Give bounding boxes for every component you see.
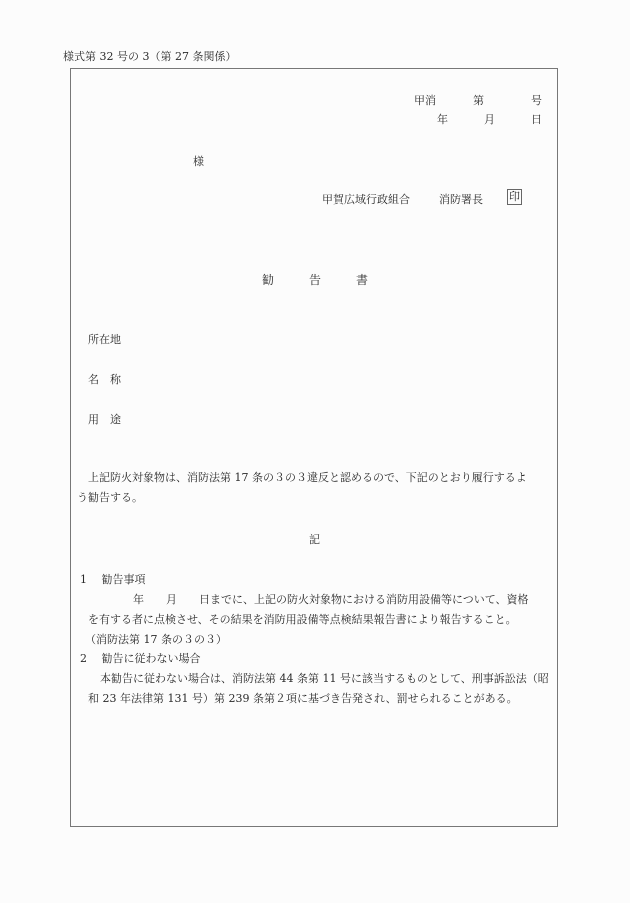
use-label: 用 途 xyxy=(88,411,121,427)
item-2-heading: 2 勧告に従わない場合 xyxy=(80,650,201,666)
item-1-line-1: 年 月 日までに、上記の防火対象物における消防用設備等について、資格 xyxy=(133,591,529,607)
title-char-1: 勧 xyxy=(262,271,274,288)
doc-number-dai: 第 xyxy=(473,92,484,108)
doc-number-go: 号 xyxy=(531,92,542,108)
date-day: 日 xyxy=(531,111,542,127)
item-1-line-2: を有する者に点検させ、その結果を消防用設備等点検結果報告書により報告すること。 xyxy=(88,611,517,627)
document-frame xyxy=(70,68,558,827)
location-label: 所在地 xyxy=(88,331,121,347)
date-year: 年 xyxy=(437,111,448,127)
title-char-3: 書 xyxy=(356,271,368,288)
name-label: 名 称 xyxy=(88,371,121,387)
form-number: 様式第 32 号の 3（第 27 条関係） xyxy=(63,48,236,64)
doc-number-prefix: 甲消 xyxy=(414,92,436,108)
item-1-heading: 1 勧告事項 xyxy=(80,571,146,587)
body-line-1: 上記防火対象物は、消防法第 17 条の３の３違反と認めるので、下記のとおり履行す… xyxy=(88,469,527,485)
issuer-organization: 甲賀広域行政組合 xyxy=(322,191,410,207)
item-1-line-3: （消防法第 17 条の３の３） xyxy=(85,631,227,647)
title-char-2: 告 xyxy=(309,271,321,288)
seal-mark: 印 xyxy=(507,189,522,205)
seal-text: 印 xyxy=(507,189,522,205)
item-2-line-2: 和 23 年法律第 131 号）第 239 条第２項に基づき告発され、罰せられる… xyxy=(88,690,518,706)
body-line-2: う勧告する。 xyxy=(77,489,143,505)
addressee-suffix: 様 xyxy=(193,153,204,169)
date-month: 月 xyxy=(484,111,495,127)
issuer-title: 消防署長 xyxy=(439,191,483,207)
item-2-line-1: 本勧告に従わない場合は、消防法第 44 条第 11 号に該当するものとして、刑事… xyxy=(100,670,549,686)
ki-marker: 記 xyxy=(309,531,320,547)
